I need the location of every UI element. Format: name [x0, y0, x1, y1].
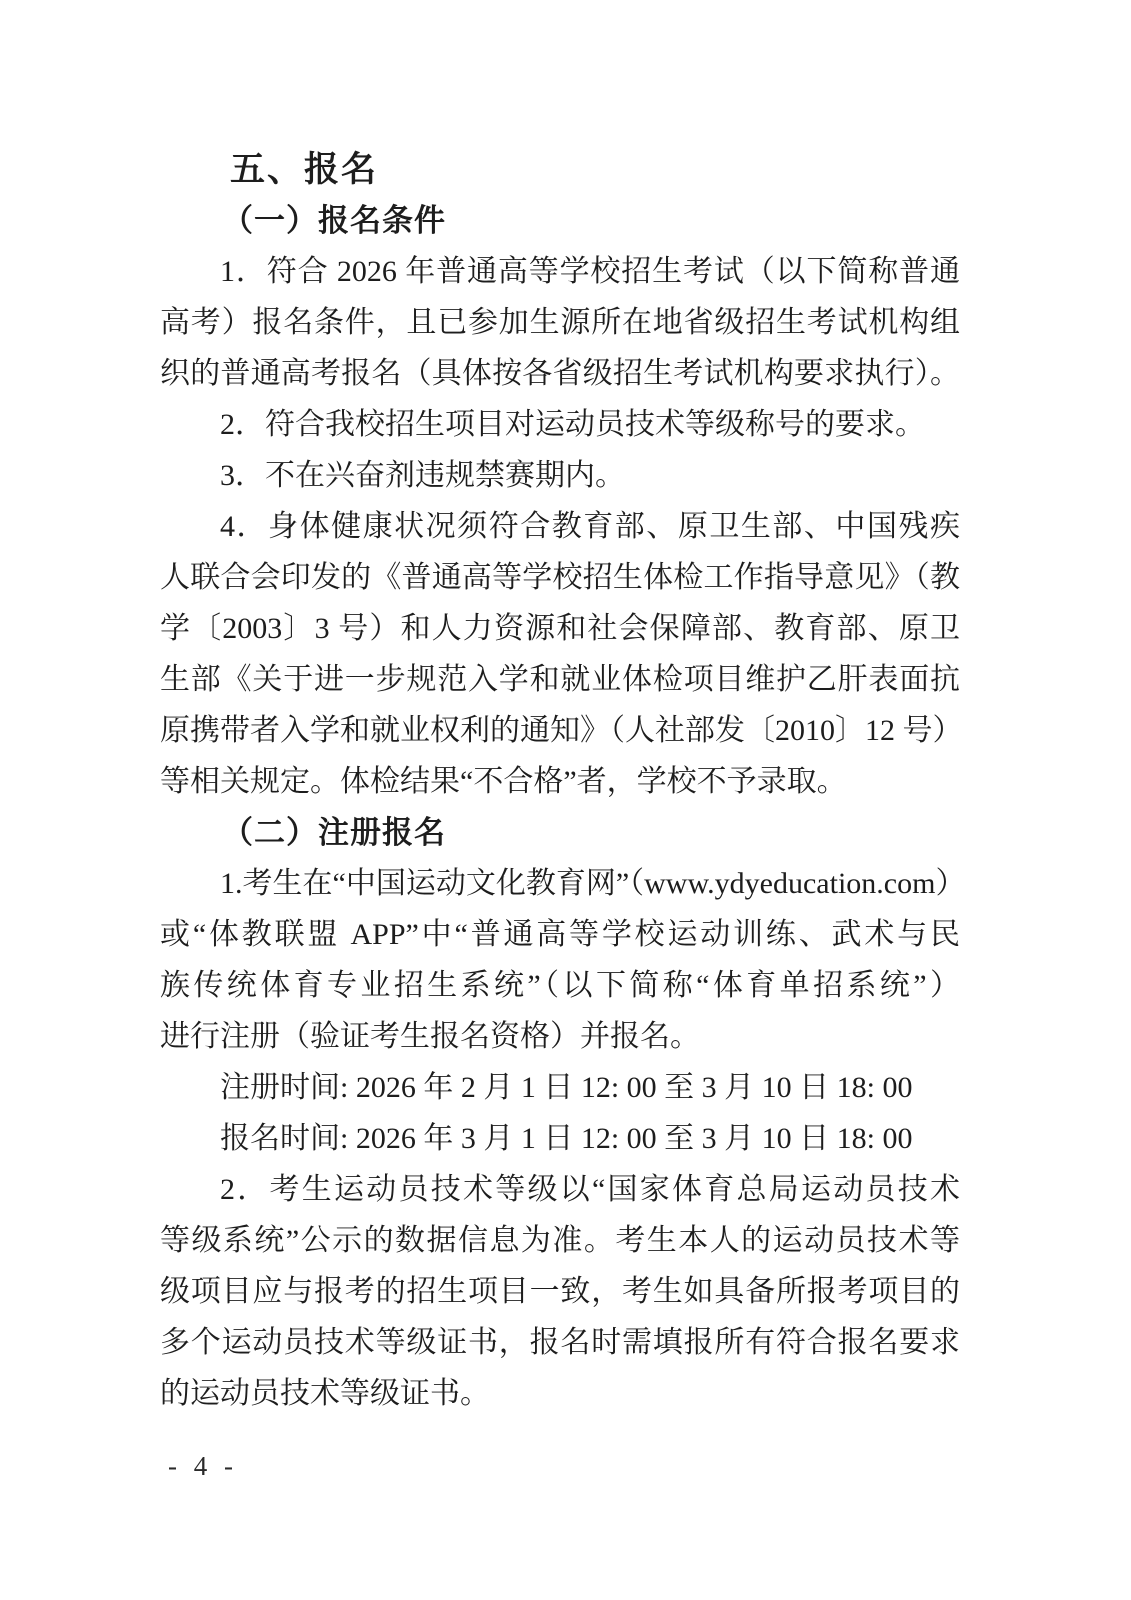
text-line: 2．考生运动员技术等级以“国家体育总局运动员技术: [160, 1164, 960, 1215]
text-line: 或“体教联盟 APP”中“普通高等学校运动训练、武术与民: [160, 909, 960, 960]
text-line: 4．身体健康状况须符合教育部、原卫生部、中国残疾: [160, 501, 960, 552]
document-body: 五、报名 （一）报名条件 1．符合 2026 年普通高等学校招生考试（以下简称普…: [160, 144, 960, 1419]
text-line: 织的普通高考报名（具体按各省级招生考试机构要求执行）。: [160, 348, 960, 399]
document-page: 五、报名 （一）报名条件 1．符合 2026 年普通高等学校招生考试（以下简称普…: [0, 0, 1131, 1600]
text-line: 人联合会印发的《普通高等学校招生体检工作指导意见》（教: [160, 552, 960, 603]
text-line: 级项目应与报考的招生项目一致，考生如具备所报考项目的: [160, 1266, 960, 1317]
section-heading-5-baoming: 五、报名: [160, 144, 960, 195]
subheading-1-conditions: （一）报名条件: [160, 195, 960, 246]
text-line: 原携带者入学和就业权利的通知》（人社部发〔2010〕12 号）: [160, 705, 960, 756]
text-line: 的运动员技术等级证书。: [160, 1368, 960, 1419]
text-line: 多个运动员技术等级证书，报名时需填报所有符合报名要求: [160, 1317, 960, 1368]
registration-time-line: 注册时间: 2026 年 2 月 1 日 12: 00 至 3 月 10 日 1…: [160, 1062, 960, 1113]
text-line: 族传统体育专业招生系统”（以下简称“体育单招系统”）: [160, 960, 960, 1011]
text-line: 进行注册（验证考生报名资格）并报名。: [160, 1011, 960, 1062]
page-number: - 4 -: [168, 1446, 238, 1486]
text-line: 学〔2003〕3 号）和人力资源和社会保障部、教育部、原卫: [160, 603, 960, 654]
text-line: 等相关规定。体检结果“不合格”者，学校不予录取。: [160, 756, 960, 807]
text-line: 等级系统”公示的数据信息为准。考生本人的运动员技术等: [160, 1215, 960, 1266]
text-line: 高考）报名条件，且已参加生源所在地省级招生考试机构组: [160, 297, 960, 348]
subheading-2-registration: （二）注册报名: [160, 807, 960, 858]
text-line: 1.考生在“中国运动文化教育网”（www.ydyeducation.com）: [160, 858, 960, 909]
text-line: 3．不在兴奋剂违规禁赛期内。: [160, 450, 960, 501]
signup-time-line: 报名时间: 2026 年 3 月 1 日 12: 00 至 3 月 10 日 1…: [160, 1113, 960, 1164]
text-line: 2．符合我校招生项目对运动员技术等级称号的要求。: [160, 399, 960, 450]
text-line: 1．符合 2026 年普通高等学校招生考试（以下简称普通: [160, 246, 960, 297]
text-line: 生部《关于进一步规范入学和就业体检项目维护乙肝表面抗: [160, 654, 960, 705]
